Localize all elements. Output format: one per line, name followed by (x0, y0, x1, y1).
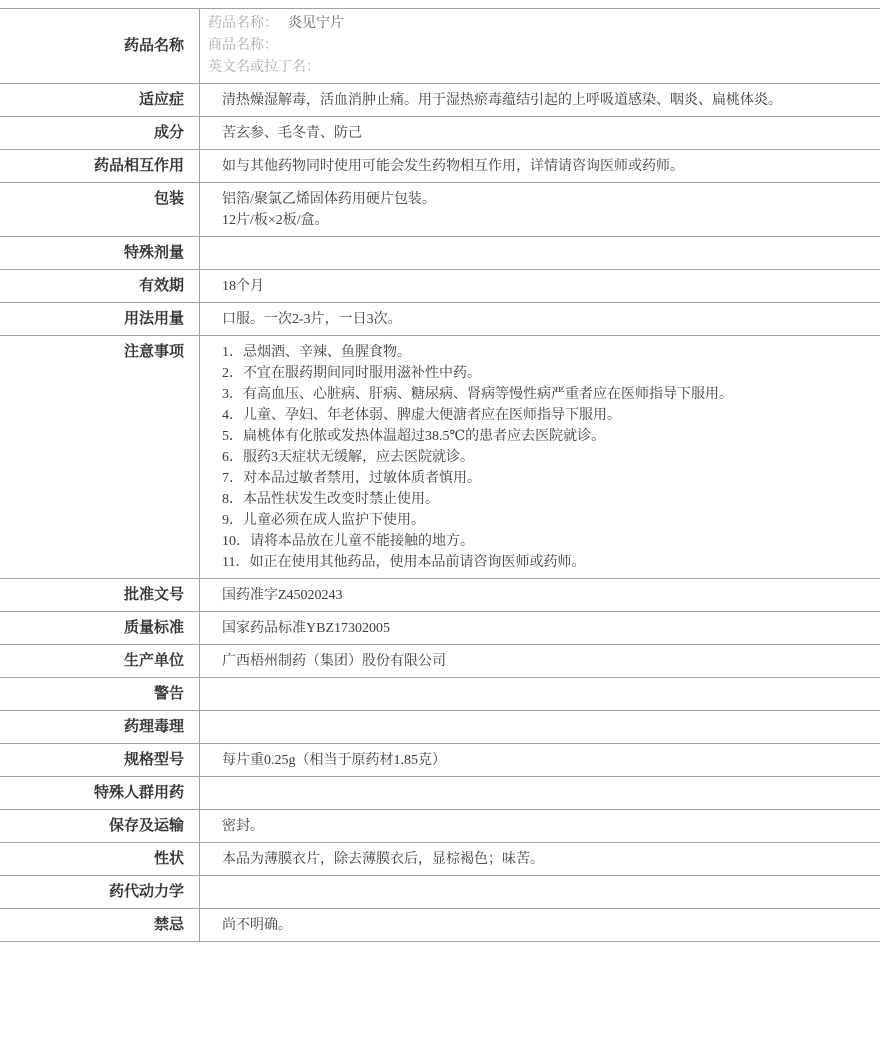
row-label: 生产单位 (0, 645, 200, 677)
table-row: 药品相互作用如与其他药物同时使用可能会发生药物相互作用，详情请咨询医师或药师。 (0, 150, 880, 183)
row-value: 药品名称：炎见宁片商品名称：英文名或拉丁名： (200, 9, 880, 83)
value-line: 密封。 (222, 816, 868, 837)
row-value: 铝箔/聚氯乙烯固体药用硬片包装。12片/板×2板/盒。 (200, 183, 880, 236)
value-line: 11．如正在使用其他药品，使用本品前请咨询医师或药师。 (222, 552, 868, 573)
value-line: 9．儿童必须在成人监护下使用。 (222, 510, 868, 531)
row-label: 警告 (0, 678, 200, 710)
table-row: 包装铝箔/聚氯乙烯固体药用硬片包装。12片/板×2板/盒。 (0, 183, 880, 237)
row-label: 注意事项 (0, 336, 200, 578)
row-value (200, 678, 880, 710)
table-row: 警告 (0, 678, 880, 711)
table-row: 规格型号每片重0.25g（相当于原药材1.85克） (0, 744, 880, 777)
row-label: 禁忌 (0, 909, 200, 941)
value-line: 国家药品标准YBZ17302005 (222, 618, 868, 639)
value-line: 苦玄参、毛冬青、防己 (222, 123, 868, 144)
value-line: 3．有高血压、心脏病、肝病、糖尿病、肾病等慢性病严重者应在医师指导下服用。 (222, 384, 868, 405)
row-value: 国药准字Z45020243 (200, 579, 880, 611)
value-line: 铝箔/聚氯乙烯固体药用硬片包装。 (222, 189, 868, 210)
row-value: 本品为薄膜衣片，除去薄膜衣后，显棕褐色；味苦。 (200, 843, 880, 875)
table-row: 性状本品为薄膜衣片，除去薄膜衣后，显棕褐色；味苦。 (0, 843, 880, 876)
value-line: 5．扁桃体有化脓或发热体温超过38.5℃的患者应去医院就诊。 (222, 426, 868, 447)
row-value (200, 237, 880, 269)
table-row: 特殊剂量 (0, 237, 880, 270)
value-line: 12片/板×2板/盒。 (222, 210, 868, 231)
row-value: 密封。 (200, 810, 880, 842)
table-row: 生产单位广西梧州制药（集团）股份有限公司 (0, 645, 880, 678)
table-row: 药代动力学 (0, 876, 880, 909)
row-label: 规格型号 (0, 744, 200, 776)
table-row: 注意事项1．忌烟酒、辛辣、鱼腥食物。2．不宜在服药期间同时服用滋补性中药。3．有… (0, 336, 880, 579)
value-line: 每片重0.25g（相当于原药材1.85克） (222, 750, 868, 771)
table-row: 药理毒理 (0, 711, 880, 744)
value-line: 7．对本品过敏者禁用，过敏体质者慎用。 (222, 468, 868, 489)
row-value (200, 876, 880, 908)
row-label: 质量标准 (0, 612, 200, 644)
row-label: 性状 (0, 843, 200, 875)
value-line: 国药准字Z45020243 (222, 585, 868, 606)
row-label: 批准文号 (0, 579, 200, 611)
value-line: 4．儿童、孕妇、年老体弱、脾虚大便溏者应在医师指导下服用。 (222, 405, 868, 426)
value-line: 6．服药3天症状无缓解，应去医院就诊。 (222, 447, 868, 468)
field-label: 药品名称： (208, 16, 278, 31)
table-row: 成分苦玄参、毛冬青、防己 (0, 117, 880, 150)
table-row: 质量标准国家药品标准YBZ17302005 (0, 612, 880, 645)
row-label: 保存及运输 (0, 810, 200, 842)
row-label: 包装 (0, 183, 200, 236)
name-field-line: 商品名称： (208, 35, 868, 57)
row-label: 用法用量 (0, 303, 200, 335)
table-row: 用法用量口服。一次2-3片，一日3次。 (0, 303, 880, 336)
row-label: 适应症 (0, 84, 200, 116)
row-value: 尚不明确。 (200, 909, 880, 941)
value-line: 10．请将本品放在儿童不能接触的地方。 (222, 531, 868, 552)
row-label: 特殊人群用药 (0, 777, 200, 809)
name-field-line: 英文名或拉丁名： (208, 57, 868, 79)
row-value: 口服。一次2-3片，一日3次。 (200, 303, 880, 335)
row-label: 成分 (0, 117, 200, 149)
value-line: 本品为薄膜衣片，除去薄膜衣后，显棕褐色；味苦。 (222, 849, 868, 870)
table-row: 禁忌尚不明确。 (0, 909, 880, 942)
row-value: 国家药品标准YBZ17302005 (200, 612, 880, 644)
value-line: 尚不明确。 (222, 915, 868, 936)
value-line: 18个月 (222, 276, 868, 297)
value-line: 口服。一次2-3片，一日3次。 (222, 309, 868, 330)
row-label: 有效期 (0, 270, 200, 302)
name-field-line: 药品名称：炎见宁片 (208, 13, 868, 35)
row-value: 每片重0.25g（相当于原药材1.85克） (200, 744, 880, 776)
row-value (200, 711, 880, 743)
row-value: 如与其他药物同时使用可能会发生药物相互作用，详情请咨询医师或药师。 (200, 150, 880, 182)
table-row: 适应症清热燥湿解毒，活血消肿止痛。用于湿热瘀毒蕴结引起的上呼吸道感染、咽炎、扁桃… (0, 84, 880, 117)
row-value (200, 777, 880, 809)
field-label: 商品名称： (208, 38, 278, 53)
table-row: 批准文号国药准字Z45020243 (0, 579, 880, 612)
row-label: 药理毒理 (0, 711, 200, 743)
row-label: 药代动力学 (0, 876, 200, 908)
table-row: 保存及运输密封。 (0, 810, 880, 843)
table-row: 有效期18个月 (0, 270, 880, 303)
value-line: 1．忌烟酒、辛辣、鱼腥食物。 (222, 342, 868, 363)
value-line: 清热燥湿解毒，活血消肿止痛。用于湿热瘀毒蕴结引起的上呼吸道感染、咽炎、扁桃体炎。 (222, 90, 868, 111)
field-label: 英文名或拉丁名： (208, 60, 320, 75)
table-row: 特殊人群用药 (0, 777, 880, 810)
value-line: 广西梧州制药（集团）股份有限公司 (222, 651, 868, 672)
row-label: 药品名称 (0, 9, 200, 83)
row-value: 广西梧州制药（集团）股份有限公司 (200, 645, 880, 677)
row-value: 1．忌烟酒、辛辣、鱼腥食物。2．不宜在服药期间同时服用滋补性中药。3．有高血压、… (200, 336, 880, 578)
value-line: 8．本品性状发生改变时禁止使用。 (222, 489, 868, 510)
value-line: 2．不宜在服药期间同时服用滋补性中药。 (222, 363, 868, 384)
drug-detail-page: 药品名称药品名称：炎见宁片商品名称：英文名或拉丁名：适应症清热燥湿解毒，活血消肿… (0, 0, 880, 1060)
row-label: 特殊剂量 (0, 237, 200, 269)
table-row-drug-name: 药品名称药品名称：炎见宁片商品名称：英文名或拉丁名： (0, 9, 880, 84)
row-value: 苦玄参、毛冬青、防己 (200, 117, 880, 149)
field-value: 炎见宁片 (288, 16, 344, 31)
value-line: 如与其他药物同时使用可能会发生药物相互作用，详情请咨询医师或药师。 (222, 156, 868, 177)
drug-info-table: 药品名称药品名称：炎见宁片商品名称：英文名或拉丁名：适应症清热燥湿解毒，活血消肿… (0, 8, 880, 942)
row-value: 18个月 (200, 270, 880, 302)
row-label: 药品相互作用 (0, 150, 200, 182)
row-value: 清热燥湿解毒，活血消肿止痛。用于湿热瘀毒蕴结引起的上呼吸道感染、咽炎、扁桃体炎。 (200, 84, 880, 116)
